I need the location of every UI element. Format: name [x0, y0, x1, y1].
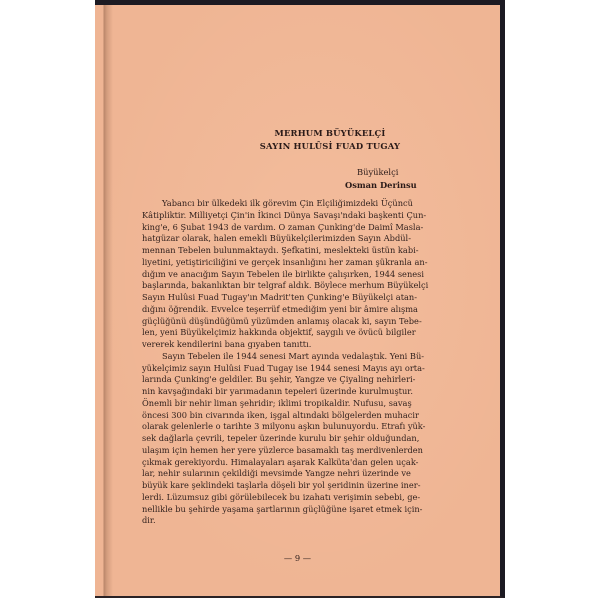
text-line: larında Çunking'e geldiler. Bu şehir, Ya… [142, 374, 404, 386]
text-line: Önemli bir nehir liman şehridir; iklimi … [142, 398, 404, 410]
text-line: öncesi 300 bin civarında iken, işgal alt… [142, 410, 404, 422]
text-line: nellikle bu şehirde yaşama şartlarının g… [142, 504, 404, 516]
text-line: lar, nehir sularının çekildiği mevsimde … [142, 468, 404, 480]
book-page: MERHUM BÜYÜKELÇİ SAYIN HULÛSİ FUAD TUGAY… [95, 0, 505, 598]
text-line: Sayın Hulûsi Fuad Tugay'ın Madrit'ten Çu… [142, 292, 404, 304]
text-line: len, yeni Büyükelçimiz hakkında objektif… [142, 327, 404, 339]
text-line: yükelçimiz sayın Hulûsi Fuad Tugay ise 1… [142, 363, 404, 375]
title-line: MERHUM BÜYÜKELÇİ [215, 127, 445, 140]
text-line: hatgüzar olarak, halen emekli Büyükelçil… [142, 233, 404, 245]
text-line: ulaşım için hemen her yere yüzlerce basa… [142, 445, 404, 457]
text-line: Yabancı bir ülkedeki ilk görevim Çin Elç… [142, 198, 404, 210]
text-line: king'e, 6 Şubat 1943 de vardım. O zaman … [142, 222, 404, 234]
article-body: Yabancı bir ülkedeki ilk görevim Çin Elç… [142, 198, 404, 527]
text-line: büyük kare şeklindeki taşlarla döşeli bi… [142, 480, 404, 492]
author-role: Büyükelçi [345, 166, 455, 179]
text-line: dığını öğrendik. Evvelce teşerrüf etmedi… [142, 304, 404, 316]
text-line: liyetini, yetiştiriciliğini ve gerçek in… [142, 257, 404, 269]
text-line: lerdi. Lüzumsuz gibi görülebilecek bu iz… [142, 492, 404, 504]
text-line: sek dağlarla çevrili, tepeler üzerinde k… [142, 433, 404, 445]
text-line: Sayın Tebelen ile 1944 senesi Mart ayınd… [142, 351, 404, 363]
author-block: Büyükelçi Osman Derinsu [345, 166, 455, 192]
text-line: başlarında, bakanlıktan bir telgraf aldı… [142, 280, 404, 292]
text-line: Kâtipliktir. Milliyetçi Çin'in İkinci Dü… [142, 210, 404, 222]
author-name: Osman Derinsu [345, 179, 455, 192]
title-line: SAYIN HULÛSİ FUAD TUGAY [215, 140, 445, 153]
text-line: mennan Tebelen bulunmaktaydı. Şefkatini,… [142, 245, 404, 257]
page-number: — 9 — [95, 553, 500, 563]
text-line: çıkmak gerekiyordu. Himalayaları aşarak … [142, 457, 404, 469]
text-line: vererek kendilerini bana gıyaben tanıttı… [142, 339, 404, 351]
text-line: dir. [142, 515, 404, 527]
article-title: MERHUM BÜYÜKELÇİ SAYIN HULÛSİ FUAD TUGAY [215, 127, 445, 153]
text-line: nin kavşağındaki bir yarımadanın tepeler… [142, 386, 404, 398]
text-line: dığım ve anacığım Sayın Tebelen ile birl… [142, 269, 404, 281]
text-line: olarak gelenlerle o tarihte 3 milyonu aş… [142, 421, 404, 433]
text-line: güçlüğünü düşündüğümü yüzümden anlamış o… [142, 316, 404, 328]
